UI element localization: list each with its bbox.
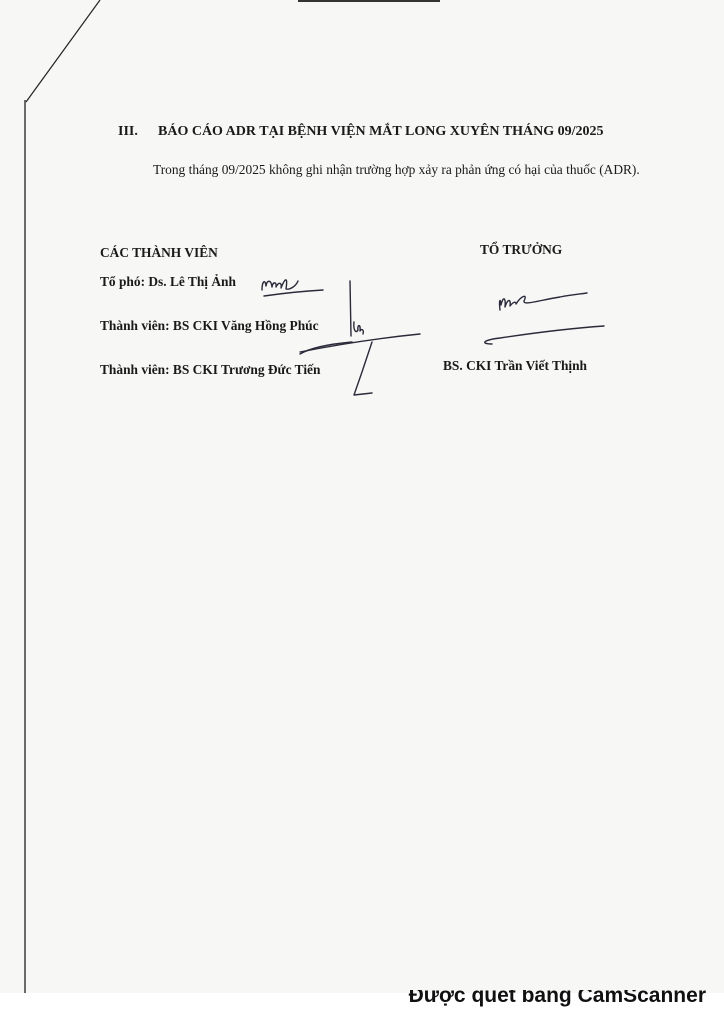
signature-vang-hong-phuc xyxy=(300,281,420,352)
leader-name: BS. CKI Trần Viết Thịnh xyxy=(443,358,587,374)
signature-le-thi-anh xyxy=(262,280,323,296)
signature-tran-viet-thinh xyxy=(485,293,604,344)
members-heading: CÁC THÀNH VIÊN xyxy=(100,245,218,261)
page-top-mark xyxy=(298,0,440,2)
corner-pen-stroke xyxy=(0,0,120,110)
report-paragraph: Trong tháng 09/2025 không ghi nhận trườn… xyxy=(116,160,646,180)
member-phuc: Thành viên: BS CKI Văng Hồng Phúc xyxy=(100,318,319,334)
paper-edge-line xyxy=(24,100,26,993)
section-heading: III.BÁO CÁO ADR TẠI BỆNH VIỆN MẮT LONG X… xyxy=(118,124,603,140)
member-tien: Thành viên: BS CKI Trương Đức Tiến xyxy=(100,362,320,378)
report-body-text: Trong tháng 09/2025 không ghi nhận trườn… xyxy=(153,162,640,177)
section-title: BÁO CÁO ADR TẠI BỆNH VIỆN MẮT LONG XUYÊN… xyxy=(158,124,603,139)
leader-heading: TỔ TRƯỞNG xyxy=(480,242,562,258)
scanned-page: III.BÁO CÁO ADR TẠI BỆNH VIỆN MẮT LONG X… xyxy=(0,0,724,993)
section-number: III. xyxy=(118,124,158,140)
member-vice-leader: Tổ phó: Ds. Lê Thị Ảnh xyxy=(100,274,236,290)
